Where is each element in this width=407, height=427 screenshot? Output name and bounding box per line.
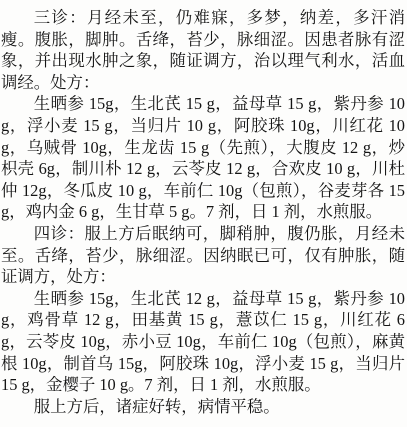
paragraph-outcome: 服上方后，诸症好转，病情平稳。 (1, 396, 405, 418)
paragraph-third-visit-note: 三诊：月经未至，仍难寐，多梦，纳差，多汗消瘦。腹胀，脚肿。舌绛，苔少，脉细涩。因… (1, 7, 405, 93)
paragraph-prescription-1: 生晒参 15g，生北芪 15 g，益母草 15 g，紫丹参 10 g，浮小麦 1… (1, 93, 405, 223)
paragraph-prescription-2: 生晒参 15g，生北芪 12 g，益母草 15 g，紫丹参 10 g，鸡骨草 1… (1, 288, 405, 396)
document-page: 三诊：月经未至，仍难寐，多梦，纳差，多汗消瘦。腹胀，脚肿。舌绛，苔少，脉细涩。因… (0, 0, 407, 427)
paragraph-fourth-visit-note: 四诊：服上方后眠纳可，脚稍肿，腹仍胀，月经未至。舌绛，苔少，脉细涩。因纳眠已可，… (1, 223, 405, 288)
